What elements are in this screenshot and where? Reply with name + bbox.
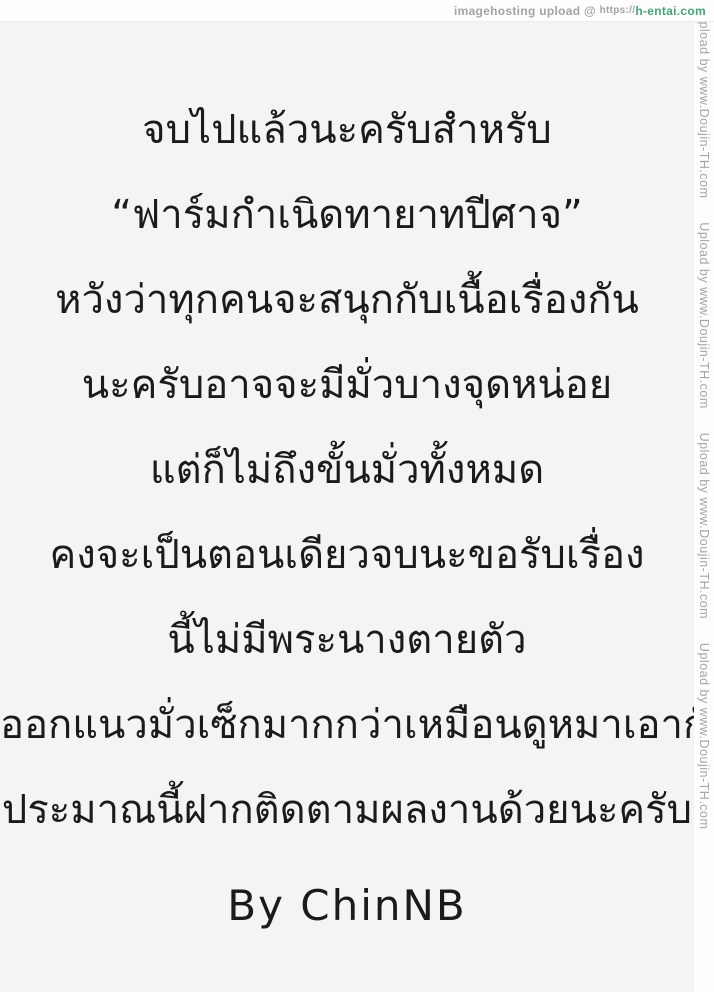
message-line: หวังว่าทุกคนจะสนุกกับเนื้อเรื่องกัน [0, 258, 694, 343]
afterword-page: imagehosting upload @ https:// h-entai.c… [0, 0, 714, 992]
message-line: คงจะเป็นตอนเดียวจบนะขอรับเรื่อง [0, 513, 694, 598]
message-line: “ฟาร์มกำเนิดทายาทปีศาจ” [0, 173, 694, 258]
message-line: จบไปแล้วนะครับสำหรับ [0, 88, 694, 173]
author-signature: By ChinNB [0, 863, 694, 948]
message-line: ประมาณนี้ฝากติดตามผลงานด้วยนะครับ [0, 768, 694, 853]
side-watermark-text: Upload by www.Doujin-TH.com Upload by ww… [697, 22, 711, 829]
message-line: นี้ไม่มีพระนางตายตัว [0, 598, 694, 683]
watermark-header-protocol: https:// [600, 5, 636, 16]
afterword-message: จบไปแล้วนะครับสำหรับ “ฟาร์มกำเนิดทายาทปี… [0, 22, 694, 992]
message-line: นะครับอาจจะมีมั่วบางจุดหน่อย [0, 343, 694, 428]
message-line: ออกแนวมั่วเซ็กมากกว่าเหมือนดูหมาเอากัน [0, 683, 694, 768]
message-line: แต่ก็ไม่ถึงขั้นมั่วทั้งหมด [0, 428, 694, 513]
watermark-header-prefix: imagehosting upload @ [454, 4, 600, 18]
side-watermark-strip: Upload by www.Doujin-TH.com Upload by ww… [694, 22, 714, 992]
watermark-header: imagehosting upload @ https:// h-entai.c… [0, 0, 714, 22]
watermark-header-site: h-entai.com [635, 4, 706, 18]
